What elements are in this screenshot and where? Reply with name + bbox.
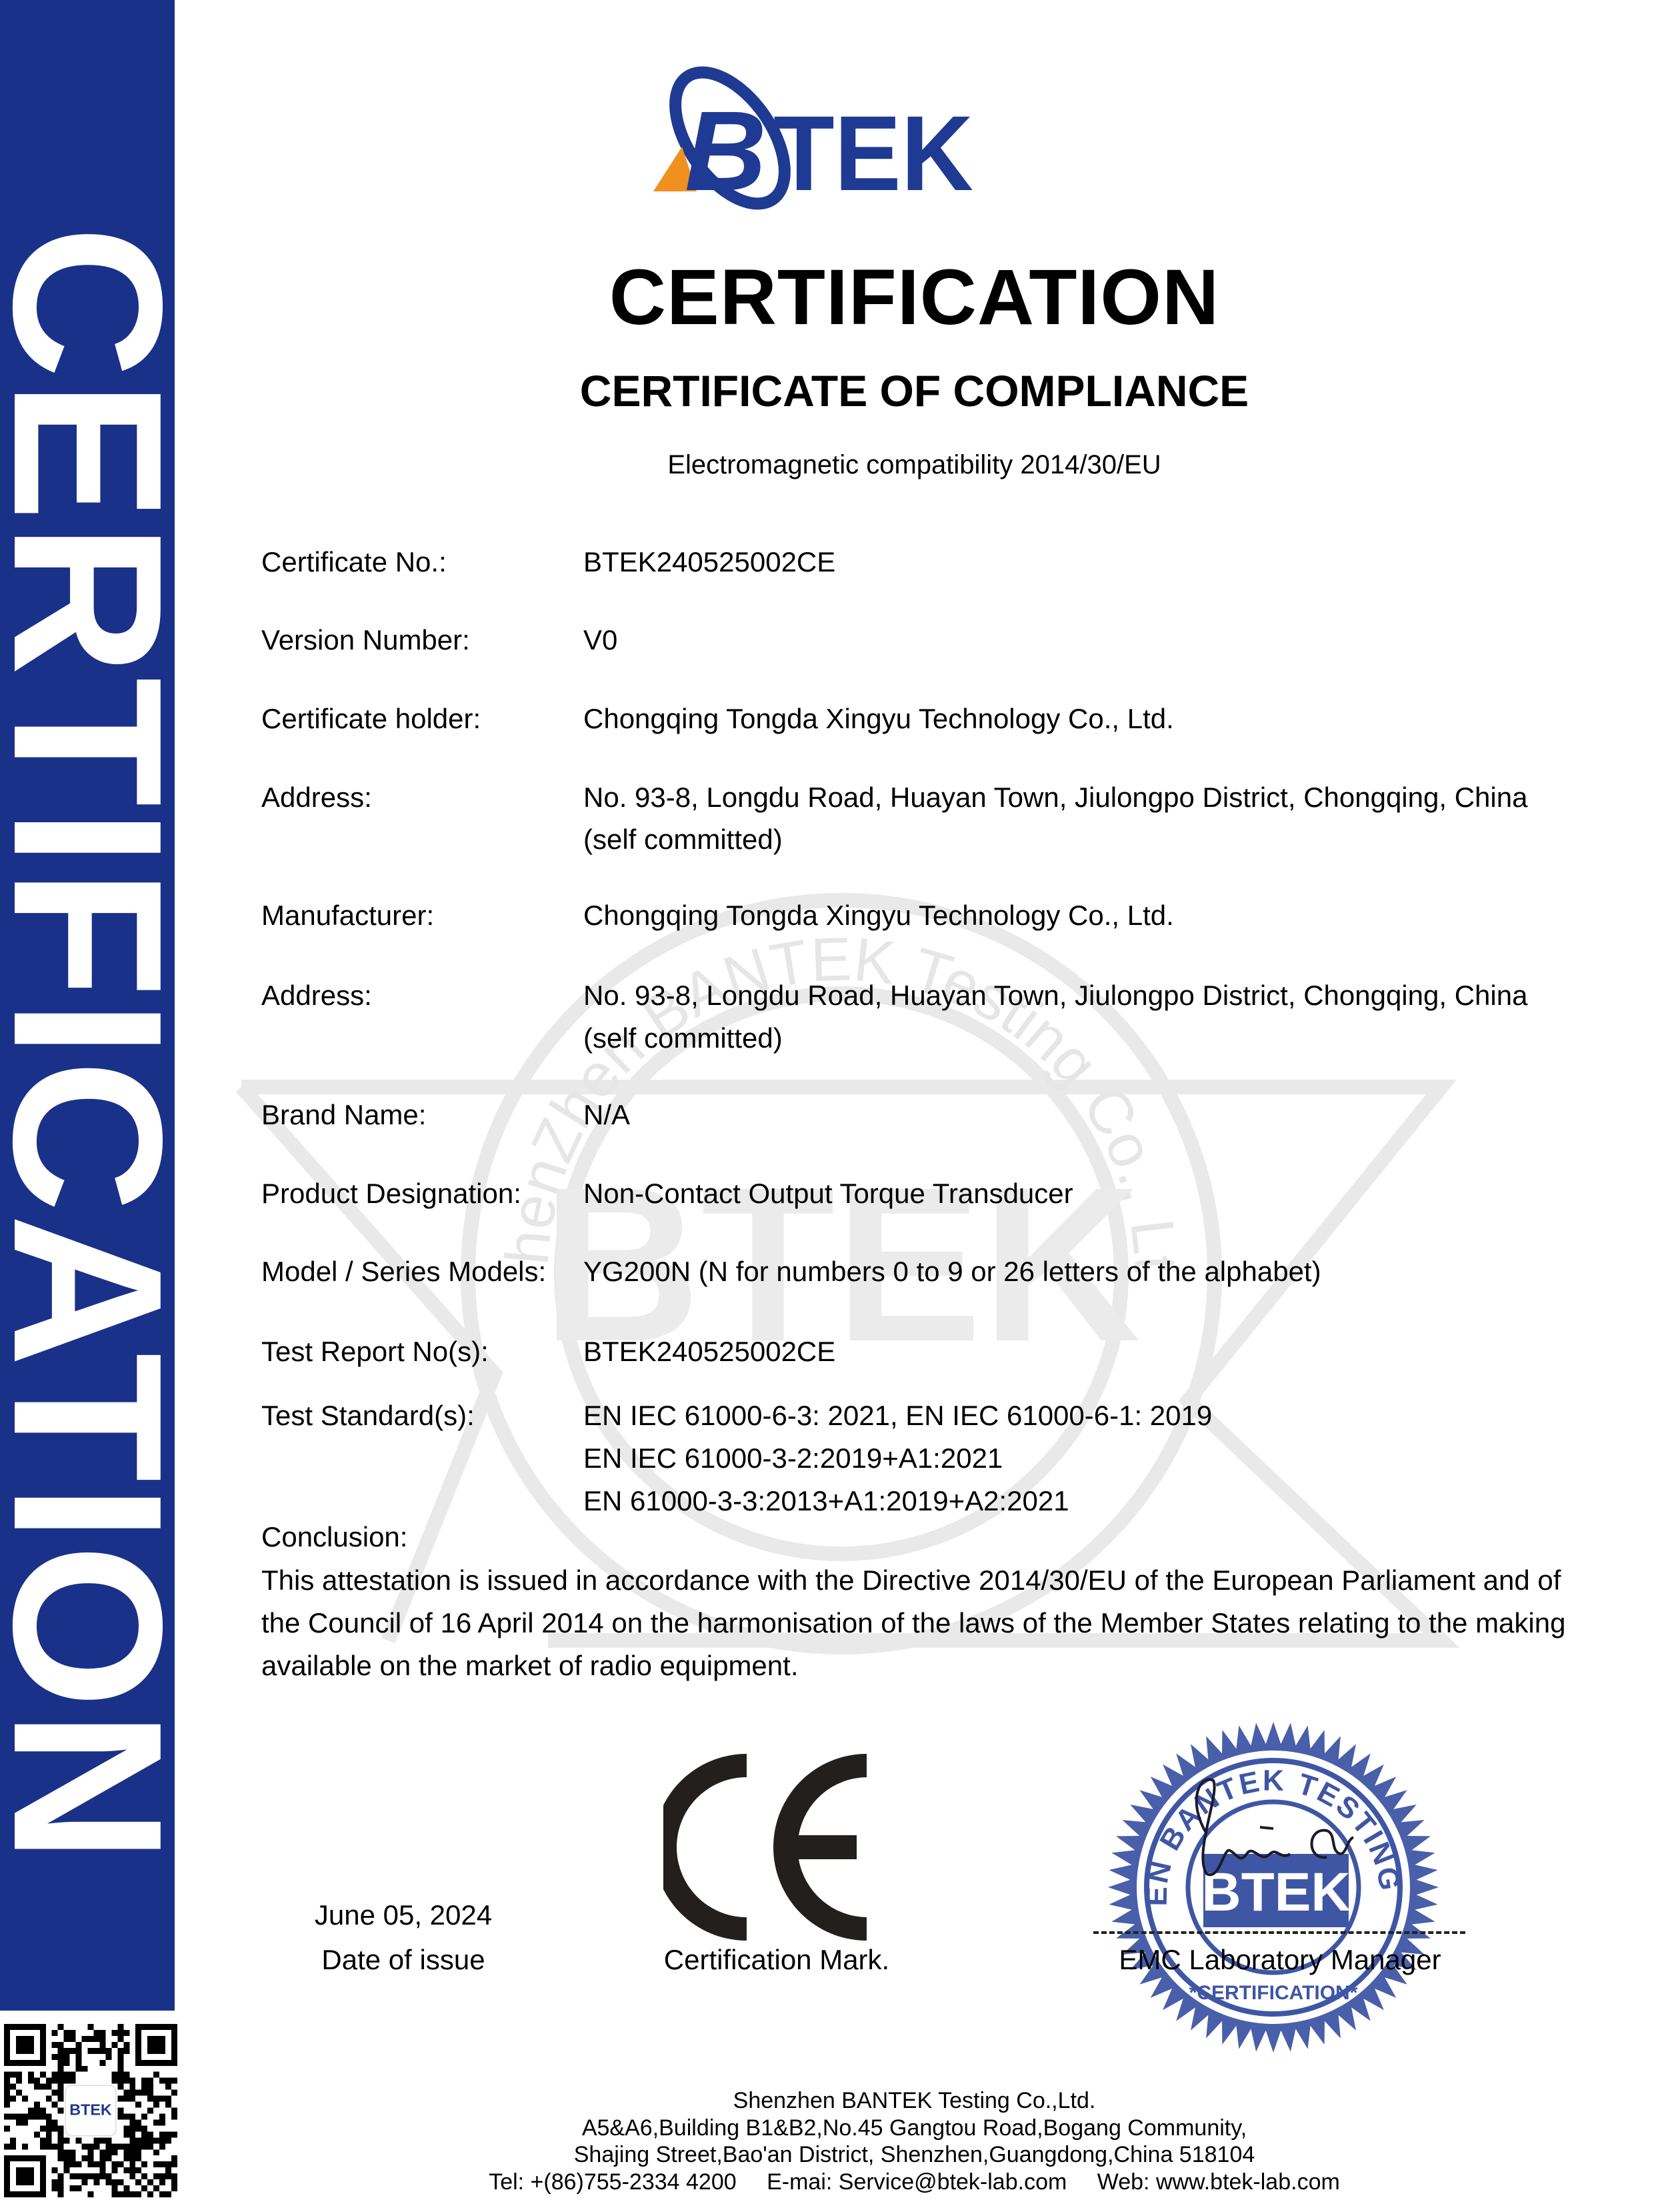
field-value: No. 93-8, Longdu Road, Huayan Town, Jiul…	[583, 776, 1527, 819]
field-label: Address:	[261, 776, 372, 819]
logo-initial: B	[685, 88, 767, 211]
issue-date-label: Date of issue	[270, 1944, 537, 1976]
conclusion-label: Conclusion:	[261, 1516, 407, 1558]
footer: Shenzhen BANTEK Testing Co.,Ltd. A5&A6,B…	[175, 2087, 1654, 2195]
field-label: Address:	[261, 974, 372, 1017]
manager-title: EMC Laboratory Manager	[1080, 1944, 1480, 1976]
footer-web-link[interactable]: Web: www.btek-lab.com	[1097, 2169, 1340, 2195]
footer-contact: Tel: +(86)755-2334 4200 E-mai: Service@b…	[175, 2169, 1654, 2196]
directive-text: Electromagnetic compatibility 2014/30/EU	[175, 450, 1654, 480]
sidebar-banner: CERTIFICATION	[0, 0, 175, 2011]
field-label: Test Report No(s):	[261, 1330, 489, 1373]
field-label: Test Standard(s):	[261, 1394, 475, 1437]
footer-email-link[interactable]: E-mai: Service@btek-lab.com	[767, 2169, 1067, 2195]
field-value: EN IEC 61000-3-2:2019+A1:2021	[583, 1437, 1003, 1480]
field-value: BTEK240525002CE	[583, 1330, 835, 1373]
qr-logo-text: BTEK	[69, 2101, 112, 2118]
btek-logo: B TEK	[650, 61, 983, 211]
field-label: Manufacturer:	[261, 894, 434, 937]
qr-code[interactable]: BTEK	[4, 2021, 177, 2201]
stamp-logo-text: BTEK	[1201, 1862, 1350, 1923]
company-stamp-seal: SHENZHEN BANTEK TESTING Co., Ltd. BTEK *…	[1107, 1721, 1440, 2054]
field-label: Brand Name:	[261, 1094, 426, 1136]
field-value: V0	[583, 619, 617, 662]
field-label: Model / Series Models:	[261, 1250, 546, 1293]
page-subtitle: CERTIFICATE OF COMPLIANCE	[175, 365, 1654, 416]
field-value: YG200N (N for numbers 0 to 9 or 26 lette…	[583, 1250, 1321, 1293]
footer-address-line1: A5&A6,Building B1&B2,No.45 Gangtou Road,…	[175, 2115, 1654, 2142]
issue-date: June 05, 2024	[270, 1899, 537, 1931]
field-value: EN IEC 61000-6-3: 2021, EN IEC 61000-6-1…	[583, 1394, 1212, 1437]
field-value: No. 93-8, Longdu Road, Huayan Town, Jiul…	[583, 974, 1527, 1017]
field-value: Non-Contact Output Torque Transducer	[583, 1172, 1073, 1215]
conclusion-text: This attestation is issued in accordance…	[261, 1559, 1568, 1687]
logo-text: TEK	[773, 93, 973, 211]
field-value: (self committed)	[583, 1017, 783, 1060]
field-label: Certificate No.:	[261, 541, 447, 584]
field-value: (self committed)	[583, 818, 783, 861]
field-value: BTEK240525002CE	[583, 541, 835, 584]
ce-mark-icon	[663, 1751, 880, 1944]
field-label: Product Designation:	[261, 1172, 521, 1215]
field-label: Version Number:	[261, 619, 470, 662]
field-label: Certificate holder:	[261, 698, 481, 740]
footer-company: Shenzhen BANTEK Testing Co.,Ltd.	[175, 2087, 1654, 2115]
footer-tel: Tel: +(86)755-2334 4200	[489, 2169, 736, 2195]
field-value: N/A	[583, 1094, 630, 1136]
stamp-bottom-text: *CERTIFICATION*	[1189, 1982, 1358, 2004]
certification-mark-label: Certification Mark.	[643, 1944, 910, 1976]
page-title: CERTIFICATION	[175, 252, 1654, 343]
sidebar-vertical-title: CERTIFICATION	[0, 225, 193, 1865]
field-value: EN 61000-3-3:2013+A1:2019+A2:2021	[583, 1480, 1069, 1522]
footer-address-line2: Shajing Street,Bao'an District, Shenzhen…	[175, 2141, 1654, 2169]
field-value: Chongqing Tongda Xingyu Technology Co., …	[583, 698, 1174, 740]
field-value: Chongqing Tongda Xingyu Technology Co., …	[583, 894, 1174, 937]
signature-line	[1093, 1931, 1465, 1934]
